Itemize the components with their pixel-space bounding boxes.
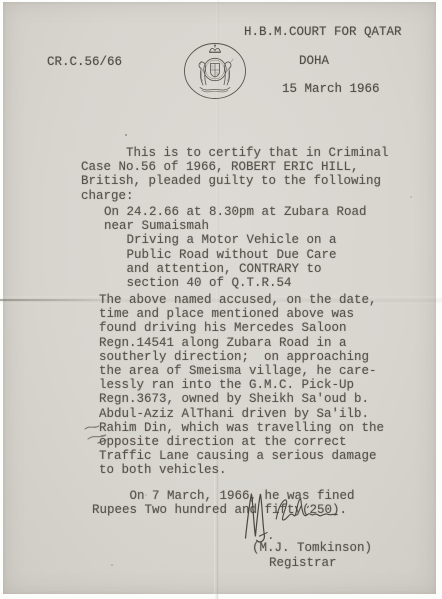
letter-date: 15 March 1966 bbox=[282, 82, 380, 96]
royal-coat-of-arms-icon bbox=[183, 42, 247, 100]
paragraph-facts: The above named accused, on the date, ti… bbox=[99, 293, 384, 478]
signatory-title: Registrar bbox=[269, 556, 337, 570]
pencil-squiggle-icon bbox=[82, 422, 114, 450]
paragraph-charge: On 24.2.66 at 8.30pm at Zubara Road near… bbox=[104, 205, 367, 290]
paragraph-certification: This is to certify that in Criminal Case… bbox=[81, 146, 389, 203]
signature-icon bbox=[236, 484, 342, 547]
document-scan: CR.C.56/66 H.B.M.COURT FOR QATAR DOHA 15… bbox=[0, 0, 442, 599]
signatory-name: (M.J. Tomkinson) bbox=[252, 541, 372, 555]
court-name: H.B.M.COURT FOR QATAR bbox=[244, 25, 402, 39]
city-name: DOHA bbox=[299, 54, 329, 68]
case-number: CR.C.56/66 bbox=[47, 55, 122, 69]
paper-specks bbox=[125, 134, 127, 136]
